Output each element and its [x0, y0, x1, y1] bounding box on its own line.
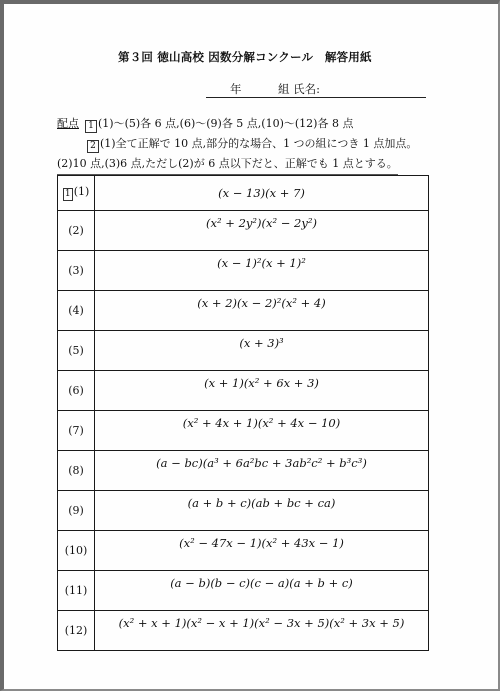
- section-1-scoring: (1)〜(5)各 6 点,(6)〜(9)各 5 点,(10)〜(12)各 8 点: [98, 117, 353, 130]
- student-name-field: 年 組 氏名:: [206, 81, 426, 98]
- table-row: (9) (a + b + c)(ab + bc + ca): [58, 491, 429, 531]
- table-row: (8) (a − bc)(a³ + 6a²bc + 3ab²c² + b³c³): [58, 451, 429, 491]
- table-row: (10) (x² − 47x − 1)(x² + 43x − 1): [58, 531, 429, 571]
- year-label: 年: [230, 81, 242, 97]
- scoring-rules: 配点1(1)〜(5)各 6 点,(6)〜(9)各 5 点,(10)〜(12)各 …: [57, 114, 417, 174]
- answer-cell: (x² + x + 1)(x² − x + 1)(x² − 3x + 5)(x²…: [95, 611, 429, 651]
- table-row: (2) (x² + 2y²)(x² − 2y²): [58, 211, 429, 251]
- question-number: (11): [58, 571, 95, 611]
- answer-cell: (x − 13)(x + 7): [95, 176, 429, 211]
- question-number: (6): [58, 371, 95, 411]
- answer-cell: (a − bc)(a³ + 6a²bc + 3ab²c² + b³c³): [95, 451, 429, 491]
- answer-cell: (a − b)(b − c)(c − a)(a + b + c): [95, 571, 429, 611]
- answer-cell: (x + 2)(x − 2)²(x² + 4): [95, 291, 429, 331]
- section-2-scoring: (1)全て正解で 10 点,部分的な場合、1 つの組につき 1 点加点。: [100, 137, 417, 150]
- scoring-line-2: 2(1)全て正解で 10 点,部分的な場合、1 つの組につき 1 点加点。: [57, 134, 417, 154]
- table-row: (7) (x² + 4x + 1)(x² + 4x − 10): [58, 411, 429, 451]
- question-number: (5): [58, 331, 95, 371]
- answer-cell: (x − 1)²(x + 1)²: [95, 251, 429, 291]
- table-row: (4) (x + 2)(x − 2)²(x² + 4): [58, 291, 429, 331]
- question-number: (12): [58, 611, 95, 651]
- section-2-scoring-cont: (2)10 点,(3)6 点,ただし(2)が 6 点以下だと、正解でも 1 点と…: [57, 154, 398, 175]
- section-1-box: 1: [63, 188, 73, 201]
- question-number: 1(1): [58, 176, 95, 211]
- sheet-title: 第３回 徳山高校 因数分解コンクール 解答用紙: [118, 49, 372, 65]
- question-number: (8): [58, 451, 95, 491]
- answer-cell: (x² + 4x + 1)(x² + 4x − 10): [95, 411, 429, 451]
- answer-cell: (x² − 47x − 1)(x² + 43x − 1): [95, 531, 429, 571]
- table-row: (6) (x + 1)(x² + 6x + 3): [58, 371, 429, 411]
- table-row: (11) (a − b)(b − c)(c − a)(a + b + c): [58, 571, 429, 611]
- table-row: (3) (x − 1)²(x + 1)²: [58, 251, 429, 291]
- answer-cell: (x² + 2y²)(x² − 2y²): [95, 211, 429, 251]
- section-1-box: 1: [85, 120, 97, 133]
- answer-cell: (a + b + c)(ab + bc + ca): [95, 491, 429, 531]
- answer-table: 1(1) (x − 13)(x + 7) (2) (x² + 2y²)(x² −…: [57, 175, 429, 651]
- table-row: 1(1) (x − 13)(x + 7): [58, 176, 429, 211]
- question-number: (9): [58, 491, 95, 531]
- table-row: (12) (x² + x + 1)(x² − x + 1)(x² − 3x + …: [58, 611, 429, 651]
- question-number: (2): [58, 211, 95, 251]
- answer-cell: (x + 1)(x² + 6x + 3): [95, 371, 429, 411]
- table-row: (5) (x + 3)³: [58, 331, 429, 371]
- scoring-header: 配点: [57, 117, 79, 130]
- class-name-label: 組 氏名:: [278, 81, 320, 97]
- question-number: (7): [58, 411, 95, 451]
- question-number: (3): [58, 251, 95, 291]
- section-2-box: 2: [87, 140, 99, 153]
- question-number: (10): [58, 531, 95, 571]
- question-number: (4): [58, 291, 95, 331]
- scoring-line-1: 配点1(1)〜(5)各 6 点,(6)〜(9)各 5 点,(10)〜(12)各 …: [57, 114, 417, 134]
- answer-cell: (x + 3)³: [95, 331, 429, 371]
- answer-sheet-page: 第３回 徳山高校 因数分解コンクール 解答用紙 年 組 氏名: 配点1(1)〜(…: [0, 0, 500, 691]
- scoring-line-3: (2)10 点,(3)6 点,ただし(2)が 6 点以下だと、正解でも 1 点と…: [57, 154, 417, 174]
